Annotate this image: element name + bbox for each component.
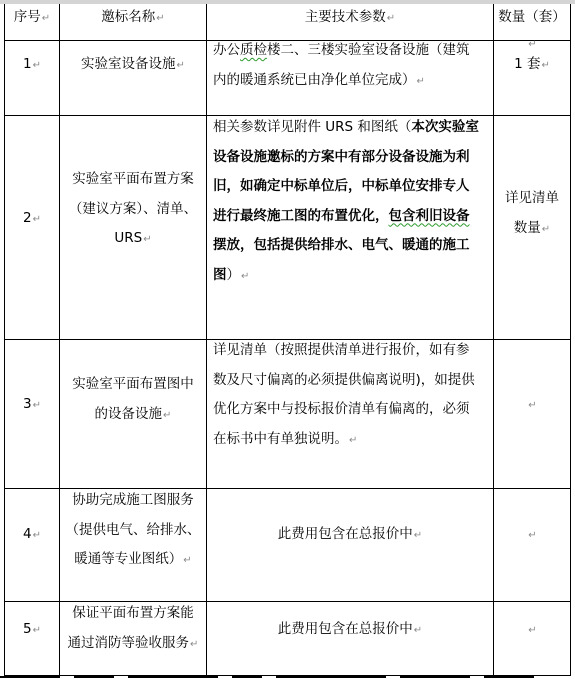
quantity: ↵ [494,390,570,488]
text-line: （提供电气、给排水、 [60,516,206,546]
item-name: 保证平面布置方案能通过消防等验收服务↵ [60,599,206,675]
paragraph-mark-icon: ↵ [156,13,164,24]
row-number-text: 1 [23,56,32,72]
row-number-text: 5 [23,621,32,637]
row-number: 5↵ [5,615,59,645]
text-segment: 保证平面布置方案能 [72,605,194,621]
text-segment: 协助完成施工图服务 [72,492,194,508]
text-segment: 优化方案中与投标报价清单有偏离的，必须 [213,401,470,417]
text-line: 在标书中有单独说明。↵ [213,425,493,456]
technical-params: 详见清单（按照提供清单进行报价，如有参数及尺寸偏离的必须提供偏离说明)，如提供优… [207,336,493,488]
row-number: 4↵ [5,520,59,550]
table-vertical-border [4,4,5,676]
cut-off-text-fragment [74,676,114,678]
text-segment: 图 [213,267,227,283]
row-number-text: 4 [23,526,32,542]
text-segment: 的设备设施 [95,406,163,422]
text-segment: URS [114,230,142,246]
text-line: 旧，如确定中标单位后，中标单位安排专人 [213,172,493,202]
text-line: 的设备设施↵ [60,400,206,431]
technical-params: 相关参数详见附件 URS 和图纸（本次实验室设备设施邀标的方案中有部分设备设施为… [207,113,493,339]
cut-off-text-fragment [484,676,534,678]
text-line: （建议方案）、清单、 [60,195,206,225]
header-no: 序号↵ [5,4,59,40]
text-line: 详见清单（按照提供清单进行报价，如有参 [213,336,493,366]
text-segment: 实验室设备设施 [81,56,176,72]
quantity: ↵ [494,520,570,601]
text-segment: 设备设施邀标的方案中有部分设备设施为利 [213,149,470,165]
text-segment: 楼二、三楼实验室设备设施（建筑 [267,42,470,58]
paragraph-mark-icon: ↵ [190,639,198,650]
technical-params: 此费用包含在总报价中↵ [207,520,493,601]
header-name: 邀标名称↵ [60,4,206,40]
paragraph-mark-icon: ↵ [528,400,536,411]
paragraph-mark-icon: ↵ [33,400,41,411]
text-line: 内的暖通系统已由净化单位完成）↵ [213,66,493,97]
paragraph-mark-icon: ↵ [414,530,422,541]
text-line: 保证平面布置方案能 [60,599,206,629]
paragraph-mark-icon: ↵ [33,60,41,71]
text-line: 暖通等专业图纸）↵ [60,545,206,576]
text-line: ↵ [494,390,570,421]
text-line: ↵ [494,520,570,551]
paragraph-mark-icon: ↵ [177,60,185,71]
text-line: 实验室平面布置图中 [60,370,206,400]
cut-off-text-fragment [0,676,60,678]
row-number: 1↵ [5,50,59,80]
text-segment: 数量 [514,220,541,236]
row-number: 2↵ [5,204,59,234]
text-segment: 办公 [213,42,240,58]
text-line: 此费用包含在总报价中↵ [207,615,493,646]
text-segment: 本次实验室 [411,119,479,135]
text-line: 数及尺寸偏离的必须提供偏离说明)，如提供 [213,366,493,396]
paragraph-mark-icon: ↵ [542,60,550,71]
header-qty: 数量（套）↵ [494,4,570,40]
text-segment: 内的暖通系统已由净化单位完成） [213,72,416,88]
paragraph-mark-icon: ↵ [542,224,550,235]
paragraph-mark-icon: ↵ [528,530,536,541]
text-segment: （建议方案）、清单、 [69,201,197,217]
text-segment: 此费用包含在总报价中 [278,526,413,542]
table-vertical-border [570,4,571,676]
item-name: 实验室设备设施↵ [60,50,206,115]
text-segment: 实验室平面布置图中 [72,376,194,392]
header-label: 序号 [14,9,41,25]
text-segment: 质检 [240,42,267,58]
text-line: 进行最终施工图的布置优化，包含利旧设备 [213,202,493,232]
paragraph-mark-icon: ↵ [528,625,536,636]
paragraph-mark-icon: ↵ [528,39,536,50]
cut-off-text-fragment [400,676,470,678]
paragraph-mark-icon: ↵ [349,435,357,446]
text-line: 实验室设备设施↵ [60,50,206,81]
text-line: 实验室平面布置方案 [60,165,206,195]
header-label: 主要技术参数 [305,9,386,25]
cut-off-text-fragment [128,676,218,678]
text-segment: 包含利旧设备 [389,208,470,224]
text-line: 此费用包含在总报价中↵ [207,520,493,551]
text-segment: 实验室平面布置方案 [72,171,194,187]
text-line: 图）↵ [213,261,493,292]
text-segment: 此费用包含在总报价中 [278,621,413,637]
quantity: 详见清单数量↵ [494,184,570,339]
paragraph-mark-icon: ↵ [241,271,249,282]
text-line: ↵ [494,615,570,646]
text-line: 通过消防等验收服务↵ [60,629,206,660]
text-line: 数量↵ [494,214,570,245]
text-segment: 旧，如确定中标单位后，中标单位安排专人 [213,178,470,194]
technical-params: 此费用包含在总报价中↵ [207,615,493,675]
text-segment: 1 套 [514,56,540,72]
paragraph-mark-icon: ↵ [417,76,425,87]
text-line: 设备设施邀标的方案中有部分设备设施为利 [213,143,493,173]
paragraph-mark-icon: ↵ [42,13,50,24]
cut-off-text-fragment [232,676,262,678]
text-segment: 通过消防等验收服务 [68,635,190,651]
text-line: 办公质检楼二、三楼实验室设备设施（建筑 [213,36,493,66]
item-name: 实验室平面布置方案（建议方案）、清单、URS↵ [60,165,206,339]
row-number-text: 3 [23,396,32,412]
text-segment: 详见清单 [505,190,559,206]
paragraph-mark-icon: ↵ [387,13,395,24]
text-line: 摆放，包括提供给排水、电气、暖通的施工 [213,231,493,261]
text-line: URS↵ [60,224,206,255]
text-line: 相关参数详见附件 URS 和图纸（本次实验室 [213,113,493,143]
text-segment: ） [227,267,241,283]
header-label: 数量（套） [498,9,566,25]
text-segment: 暖通等专业图纸） [74,551,182,567]
cut-off-text-fragment [276,676,386,678]
text-segment: 详见清单（按照提供清单进行报价，如有参 [213,342,470,358]
technical-params: 办公质检楼二、三楼实验室设备设施（建筑内的暖通系统已由净化单位完成）↵ [207,36,493,115]
text-segment: 摆放，包括提供给排水、电气、暖通的施工 [213,237,470,253]
header-label: 邀标名称 [101,9,155,25]
paragraph-mark-icon: ↵ [163,410,171,421]
text-segment: 在标书中有单独说明。 [213,431,348,447]
paragraph-mark-icon: ↵ [183,555,191,566]
item-name: 协助完成施工图服务（提供电气、给排水、暖通等专业图纸）↵ [60,486,206,601]
text-line: 详见清单 [494,184,570,214]
text-segment: 相关参数详见附件 URS 和图纸（ [213,119,411,135]
paragraph-mark-icon: ↵ [33,214,41,225]
quantity: 1 套↵ [494,50,570,115]
text-line: 协助完成施工图服务 [60,486,206,516]
paragraph-mark-icon: ↵ [33,530,41,541]
paragraph-mark-icon: ↵ [33,625,41,636]
paragraph-mark-icon: ↵ [143,234,151,245]
text-line: 优化方案中与投标报价清单有偏离的，必须 [213,395,493,425]
text-segment: 数及尺寸偏离的必须提供偏离说明)，如提供 [213,372,475,388]
text-segment: 进行最终施工图的布置优化， [213,208,389,224]
item-name: 实验室平面布置图中的设备设施↵ [60,370,206,488]
paragraph-mark-icon: ↵ [414,625,422,636]
text-line: 1 套↵ [494,50,570,81]
row-number: 3↵ [5,390,59,420]
quantity: ↵ [494,615,570,675]
row-number-text: 2 [23,210,32,226]
header-params: 主要技术参数↵ [207,4,493,40]
text-segment: （提供电气、给排水、 [66,522,201,538]
